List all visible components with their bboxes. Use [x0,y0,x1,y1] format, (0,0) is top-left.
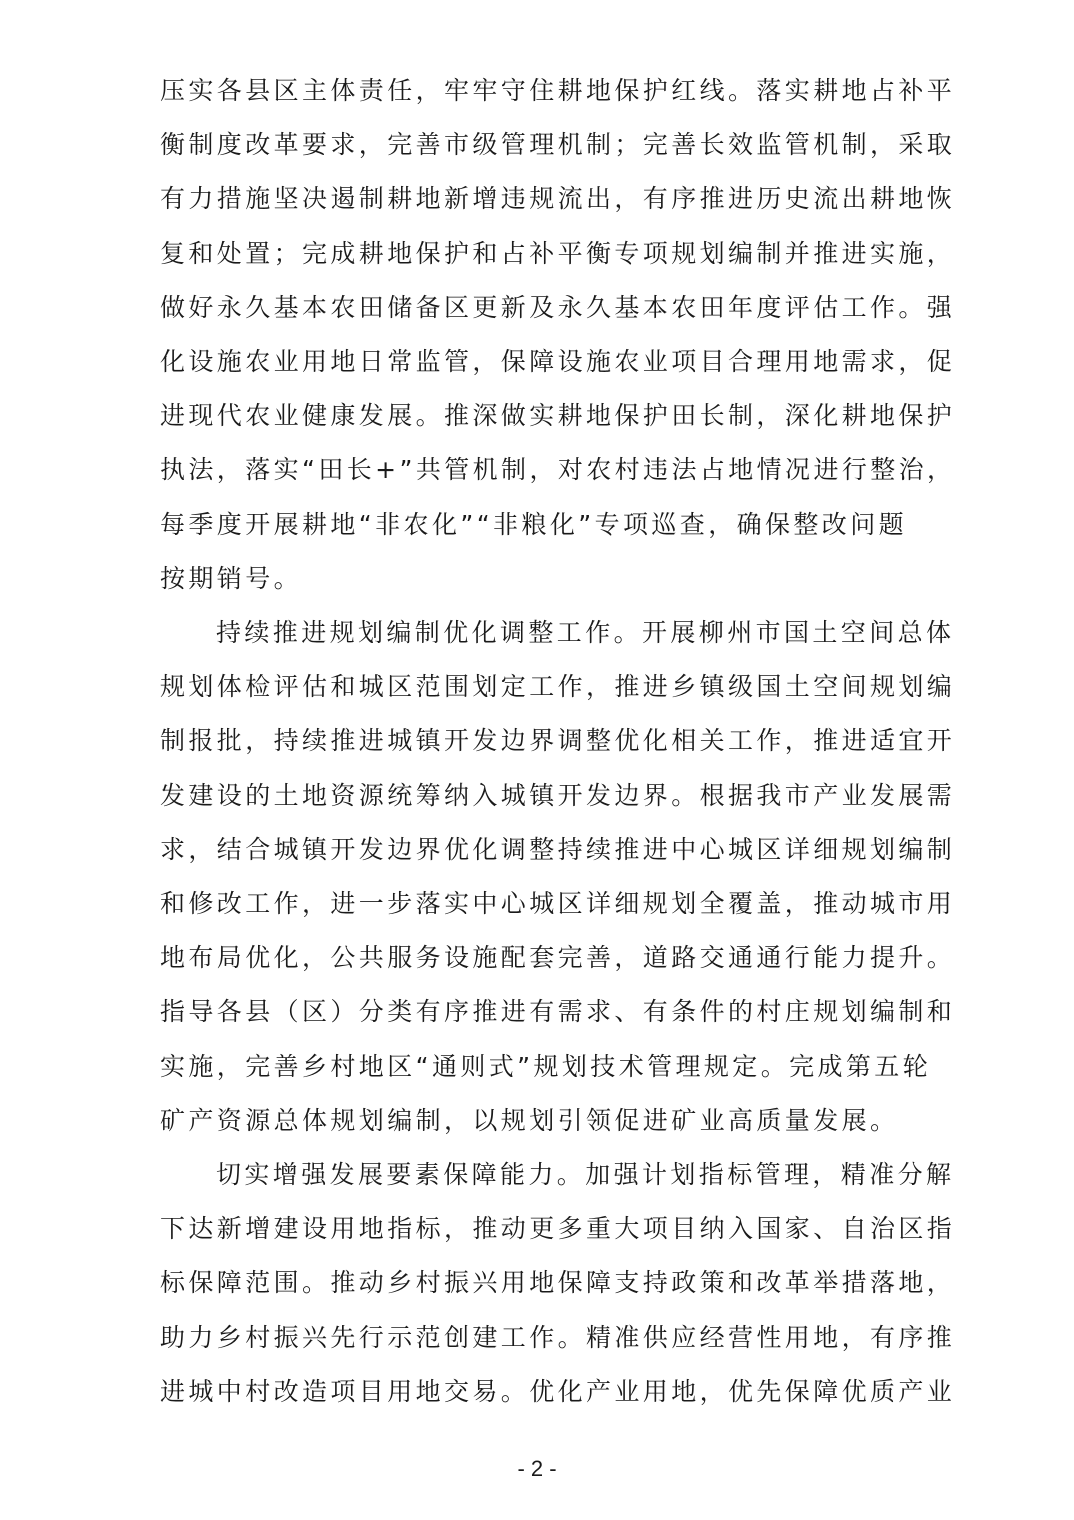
text-line: 有力措施坚决遏制耕地新增违规流出，有序推进历史流出耕地恢 [160,172,930,226]
document-page: 压实各县区主体责任，牢牢守住耕地保护红线。落实耕地占补平 衡制度改革要求，完善市… [0,0,1074,1520]
text-line: 发建设的土地资源统筹纳入城镇开发边界。根据我市产业发展需 [160,769,930,823]
text-line: 进现代农业健康发展。推深做实耕地保护田长制，深化耕地保护 [160,389,930,443]
text-line: 矿产资源总体规划编制，以规划引领促进矿业高质量发展。 [160,1094,930,1148]
body-text: 压实各县区主体责任，牢牢守住耕地保护红线。落实耕地占补平 衡制度改革要求，完善市… [160,64,930,1419]
page-number: - 2 - [0,1456,1074,1482]
text-line: 衡制度改革要求，完善市级管理机制；完善长效监管机制，采取 [160,118,930,172]
text-line: 规划体检评估和城区范围划定工作，推进乡镇级国土空间规划编 [160,660,930,714]
text-line: 执法，落实“田长+”共管机制，对农村违法占地情况进行整治， [160,443,930,497]
paragraph-2: 持续推进规划编制优化调整工作。开展柳州市国土空间总体 规划体检评估和城区范围划定… [160,606,930,1148]
text-line: 求，结合城镇开发边界优化调整持续推进中心城区详细规划编制 [160,823,930,877]
text-line: 下达新增建设用地指标，推动更多重大项目纳入国家、自治区指 [160,1202,930,1256]
text-line: 进城中村改造项目用地交易。优化产业用地，优先保障优质产业 [160,1365,930,1419]
text-line: 和修改工作，进一步落实中心城区详细规划全覆盖，推动城市用 [160,877,930,931]
text-line: 标保障范围。推动乡村振兴用地保障支持政策和改革举措落地， [160,1256,930,1310]
text-line: 每季度开展耕地“非农化”“非粮化”专项巡查，确保整改问题 [160,498,930,552]
paragraph-3: 切实增强发展要素保障能力。加强计划指标管理，精准分解 下达新增建设用地指标，推动… [160,1148,930,1419]
paragraph-1: 压实各县区主体责任，牢牢守住耕地保护红线。落实耕地占补平 衡制度改革要求，完善市… [160,64,930,606]
text-line: 地布局优化，公共服务设施配套完善，道路交通通行能力提升。 [160,931,930,985]
text-line: 化设施农业用地日常监管，保障设施农业项目合理用地需求，促 [160,335,930,389]
text-line: 指导各县（区）分类有序推进有需求、有条件的村庄规划编制和 [160,985,930,1039]
text-line: 做好永久基本农田储备区更新及永久基本农田年度评估工作。强 [160,281,930,335]
text-line: 复和处置；完成耕地保护和占补平衡专项规划编制并推进实施， [160,227,930,281]
text-line: 制报批，持续推进城镇开发边界调整优化相关工作，推进适宜开 [160,714,930,768]
text-line: 助力乡村振兴先行示范创建工作。精准供应经营性用地，有序推 [160,1311,930,1365]
text-line: 实施，完善乡村地区“通则式”规划技术管理规定。完成第五轮 [160,1040,930,1094]
text-line: 切实增强发展要素保障能力。加强计划指标管理，精准分解 [160,1148,930,1202]
text-line: 按期销号。 [160,552,930,606]
text-line: 压实各县区主体责任，牢牢守住耕地保护红线。落实耕地占补平 [160,64,930,118]
text-line: 持续推进规划编制优化调整工作。开展柳州市国土空间总体 [160,606,930,660]
